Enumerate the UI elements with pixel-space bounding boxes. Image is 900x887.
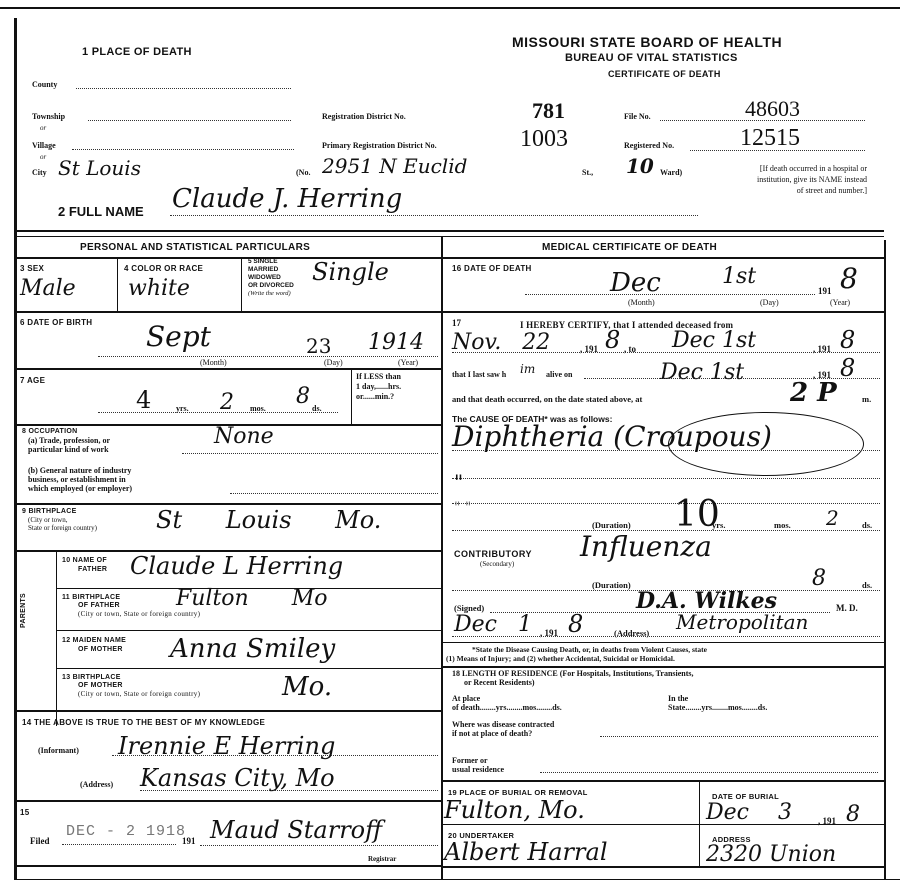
footnote-line-1: *State the Disease Causing Death, or, in… [446, 645, 707, 654]
occupation-a-line [182, 453, 438, 454]
header-divider [14, 230, 884, 232]
registrar-signature[interactable]: Maud Starroff [210, 816, 382, 844]
left-border [14, 18, 17, 880]
file-no-value[interactable]: 48603 [745, 96, 800, 122]
occupation-b-label: (b) General nature of industry business,… [28, 466, 132, 493]
duration2-ds: ds. [862, 580, 872, 590]
parents-divider [56, 550, 57, 726]
right-border [884, 240, 886, 880]
dod-day-caption: (Day) [760, 298, 779, 307]
undertaker-address-value[interactable]: 2320 Union [706, 842, 836, 867]
full-name-value[interactable]: Claude J. Herring [172, 184, 402, 214]
sex-race-divider [117, 257, 118, 311]
birthplace-value[interactable]: St Louis Mo. [156, 506, 381, 534]
ward-value[interactable]: 10 [626, 154, 654, 178]
township-label: Township [32, 112, 65, 121]
in-state-line-1: In the [668, 694, 767, 703]
registrar-line [200, 845, 438, 846]
at-place-line-2: of death........yrs........mos........ds… [452, 703, 562, 712]
doctor-address-value[interactable]: Metropolitan [676, 610, 808, 634]
duration-mos: mos. [774, 520, 791, 530]
informant-address-value[interactable]: Kansas City, Mo [140, 764, 335, 792]
mother-bp-label-1: 13 BIRTHPLACE [62, 674, 200, 682]
footnote: *State the Disease Causing Death, or, in… [446, 645, 707, 663]
city-label: City [32, 168, 47, 177]
secondary-label: (Secondary) [480, 560, 514, 568]
informant-line [112, 755, 438, 756]
marital-label-widowed: WIDOWED [248, 274, 294, 282]
signed-date[interactable]: Dec 1 [454, 612, 532, 637]
informant-address-line [140, 790, 438, 791]
birthplace-sub-1: (City or town, [28, 516, 97, 524]
age-less-divider [351, 368, 352, 424]
row-divider-3 [14, 311, 442, 313]
or-text-2: or [40, 153, 46, 161]
registered-no-line [690, 150, 865, 151]
signed-year-suffix[interactable]: 8 [568, 610, 583, 638]
occupation-b-line-2: business, or establishment in [28, 475, 132, 484]
contributory-value[interactable]: Influenza [580, 530, 712, 563]
mother-birthplace-label: 13 BIRTHPLACE OF MOTHER (City or town, S… [62, 674, 200, 698]
occupation-label: 8 OCCUPATION [22, 428, 77, 435]
full-name-label: 2 FULL NAME [58, 204, 144, 219]
certificate-title: CERTIFICATE OF DEATH [608, 69, 721, 79]
father-bp-label-3: (City or town, State or foreign country) [62, 610, 200, 618]
filed-line [62, 844, 176, 845]
occupation-a-line-1: (a) Trade, profession, or [28, 436, 110, 445]
top-border [0, 7, 900, 9]
mother-label-1: 12 MAIDEN NAME [62, 636, 126, 645]
dod-month-caption: (Month) [628, 298, 655, 307]
burial-row-divider [443, 824, 884, 825]
undertaker-value[interactable]: Albert Harral [444, 838, 608, 866]
village-field[interactable] [72, 149, 294, 150]
contracted-line-2: if not at place of death? [452, 729, 554, 738]
less-than-line-3: or......min.? [356, 392, 401, 402]
attended-line [452, 352, 880, 353]
age-days[interactable]: 8 [296, 384, 310, 409]
row-divider-6 [14, 503, 442, 505]
street-no-label: (No. [296, 168, 310, 177]
cause-line-1 [452, 450, 880, 451]
race-marital-divider [241, 257, 242, 311]
disease-contracted: Where was disease contracted if not at p… [452, 720, 554, 738]
alive-on-text: alive on [546, 370, 572, 379]
in-state-line-2: State........yrs........mos........ds. [668, 703, 767, 712]
mother-label-2: OF MOTHER [62, 645, 126, 654]
primary-registration-label: Primary Registration District No. [322, 141, 437, 150]
city-value[interactable]: St Louis [58, 156, 141, 180]
county-field[interactable] [76, 88, 291, 89]
residence-label-1: 18 LENGTH OF RESIDENCE (For Hospitals, I… [452, 669, 694, 678]
occupation-b-field[interactable] [230, 493, 438, 494]
attended-to[interactable]: Dec 1st [672, 328, 756, 353]
marital-value[interactable]: Single [312, 258, 389, 286]
age-years[interactable]: 4 [136, 386, 151, 414]
center-divider [441, 236, 443, 880]
dod-label: 16 DATE OF DEATH [452, 264, 532, 273]
street-st-label: St., [582, 168, 593, 177]
registrar-label: Registrar [368, 855, 396, 863]
township-field[interactable] [88, 120, 291, 121]
filed-year-prefix: 191 [182, 836, 196, 846]
duration2-mos-value[interactable]: 8 [812, 566, 826, 591]
cause-ditto-1: " [454, 470, 463, 494]
dob-line [98, 356, 438, 357]
dob-day-caption: (Day) [324, 358, 343, 367]
dob-day[interactable]: 23 [306, 334, 331, 358]
dob-month[interactable]: Sept [146, 320, 211, 353]
father-label-1: 10 NAME OF [62, 556, 107, 565]
burial-divider [699, 780, 700, 866]
occupation-a-line-2: particular kind of work [28, 445, 110, 454]
residence-label-2: or Recent Residents) [452, 678, 694, 687]
dob-year-caption: (Year) [398, 358, 418, 367]
informant-heading: 14 THE ABOVE IS TRUE TO THE BEST OF MY K… [22, 718, 265, 727]
less-than-day: If LESS than 1 day,......hrs. or......mi… [356, 372, 401, 402]
mother-birthplace-value[interactable]: Mo. [282, 672, 332, 702]
former-line-1: Former or [452, 756, 504, 765]
last-saw-date[interactable]: Dec 1st [660, 360, 744, 385]
contracted-field[interactable] [600, 736, 878, 737]
less-than-line-1: If LESS than [356, 372, 401, 382]
race-label: 4 COLOR OR RACE [124, 264, 203, 273]
medical-divider-4 [443, 666, 884, 668]
full-name-line [170, 215, 698, 216]
row-divider-9 [14, 800, 442, 802]
burial-place-value[interactable]: Fulton, Mo. [444, 796, 585, 824]
occupation-b-line-3: which employed (or employer) [28, 484, 132, 493]
death-time-suffix: m. [862, 394, 871, 404]
footnote-line-2: (1) Means of Injury; and (2) whether Acc… [446, 654, 707, 663]
parents-label: PARENTS [20, 593, 27, 628]
attended-to-year[interactable]: 8 [840, 326, 855, 354]
last-saw-text: that I last saw h [452, 370, 506, 379]
duration-ds: ds. [862, 520, 872, 530]
dob-month-caption: (Month) [200, 358, 227, 367]
occupation-b-line-1: (b) General nature of industry [28, 466, 132, 475]
race-value[interactable]: white [128, 276, 190, 301]
at-place-of-death: At place of death........yrs........mos.… [452, 694, 562, 712]
certify-number: 17 [452, 318, 461, 328]
cause-line-2 [452, 478, 880, 479]
file-no-label: File No. [624, 112, 651, 121]
medical-section-title: MEDICAL CERTIFICATE OF DEATH [542, 242, 717, 253]
personal-section-title: PERSONAL AND STATISTICAL PARTICULARS [80, 242, 310, 253]
burial-date-value[interactable]: Dec 3 [706, 800, 792, 825]
mother-divider [56, 668, 442, 669]
board-title: MISSOURI STATE BOARD OF HEALTH [512, 34, 782, 50]
primary-registration-value[interactable]: 1003 [520, 126, 568, 153]
former-line-2: usual residence [452, 765, 504, 774]
age-line [98, 412, 338, 413]
filed-stamp: DEC - 2 1918 [66, 823, 186, 840]
attended-from-year[interactable]: 8 [605, 326, 620, 354]
duration2-label: (Duration) [592, 580, 631, 590]
death-time-value[interactable]: 2 P [790, 378, 837, 408]
registration-district-value[interactable]: 781 [532, 98, 565, 124]
birthplace-label: 9 BIRTHPLACE [22, 508, 77, 515]
birthplace-sub-2: State or foreign country) [28, 524, 97, 532]
occupation-value[interactable]: None [214, 424, 274, 449]
street-value[interactable]: 2951 N Euclid [322, 154, 467, 178]
registered-no-label: Registered No. [624, 141, 674, 150]
father-name-value[interactable]: Claude L Herring [130, 552, 343, 580]
row-divider-8 [14, 710, 442, 712]
marital-label-divorced: OR DIVORCED [248, 282, 294, 290]
medical-title-divider [443, 257, 884, 259]
sex-value[interactable]: Male [20, 276, 76, 301]
last-saw-pronoun[interactable]: im [520, 362, 535, 376]
dod-year-prefix: 191 [818, 286, 832, 296]
marital-label-married: MARRIED [248, 266, 294, 274]
md-label: M. D. [836, 603, 858, 613]
signed-date-line [452, 636, 880, 637]
ward-label: Ward) [660, 168, 682, 177]
dob-year[interactable]: 1914 [368, 330, 424, 355]
sex-label: 3 SEX [20, 264, 44, 273]
file-no-line [660, 120, 865, 121]
or-text-1: or [40, 124, 46, 132]
dod-day[interactable]: 1st [722, 264, 756, 289]
at-place-line-1: At place [452, 694, 562, 703]
medical-divider-2 [443, 311, 884, 313]
marital-label-write: (Write the word) [248, 290, 294, 298]
father-label-2: FATHER [62, 565, 107, 574]
age-label: 7 AGE [20, 376, 45, 385]
registration-district-label: Registration District No. [322, 112, 406, 121]
father-bp-divider [56, 630, 442, 631]
dod-year-suffix[interactable]: 8 [840, 262, 858, 295]
mother-bp-label-3: (City or town, State or foreign country) [62, 690, 200, 698]
dod-year-caption: (Year) [830, 298, 850, 307]
informant-label: (Informant) [38, 746, 79, 755]
contributory-label: CONTRIBUTORY [454, 549, 532, 559]
dob-label: 6 DATE OF BIRTH [20, 318, 92, 327]
row-divider-4 [14, 368, 442, 370]
dod-line [525, 294, 815, 295]
filed-number: 15 [20, 808, 30, 817]
former-residence-field[interactable] [540, 772, 878, 773]
registered-no-value[interactable]: 12515 [740, 125, 800, 152]
marital-label-single: 5 SINGLE [248, 258, 294, 266]
former-residence: Former or usual residence [452, 756, 504, 774]
occupation-a-label: (a) Trade, profession, or particular kin… [28, 436, 110, 454]
medical-divider-5 [443, 780, 884, 782]
birthplace-sub: (City or town, State or foreign country) [28, 516, 97, 532]
marital-label: 5 SINGLE MARRIED WIDOWED OR DIVORCED (Wr… [248, 258, 294, 298]
bottom-border [14, 879, 900, 880]
death-time-text: and that death occurred, on the date sta… [452, 394, 642, 404]
county-label: County [32, 80, 57, 89]
row-divider-10 [14, 865, 442, 867]
medical-divider-3 [443, 642, 884, 643]
in-the-state: In the State........yrs........mos......… [668, 694, 767, 712]
contracted-line-1: Where was disease contracted [452, 720, 554, 729]
mother-name-label: 12 MAIDEN NAME OF MOTHER [62, 636, 126, 654]
informant-address-label: (Address) [80, 780, 113, 789]
cause-oval [668, 412, 864, 476]
village-label: Village [32, 141, 56, 150]
father-birthplace-value[interactable]: Fulton Mo [176, 586, 328, 611]
place-of-death-heading: 1 PLACE OF DEATH [82, 46, 192, 58]
bottom-inner-divider [443, 866, 884, 868]
father-name-label: 10 NAME OF FATHER [62, 556, 107, 574]
bureau-title: BUREAU OF VITAL STATISTICS [565, 52, 738, 64]
less-than-line-2: 1 day,......hrs. [356, 382, 401, 392]
header-divider-2 [14, 236, 884, 237]
residence-label: 18 LENGTH OF RESIDENCE (For Hospitals, I… [452, 669, 694, 687]
mother-name-value[interactable]: Anna Smiley [170, 634, 335, 664]
hospital-note: [If death occurred in a hospital or inst… [755, 163, 867, 196]
cause-line-3 [452, 503, 880, 504]
duration-ds-value[interactable]: 2 [826, 506, 839, 530]
duration-yrs: yrs. [712, 520, 725, 530]
mother-bp-label-2: OF MOTHER [62, 682, 200, 690]
filed-label: Filed [30, 836, 50, 846]
duration-label: (Duration) [592, 520, 631, 530]
